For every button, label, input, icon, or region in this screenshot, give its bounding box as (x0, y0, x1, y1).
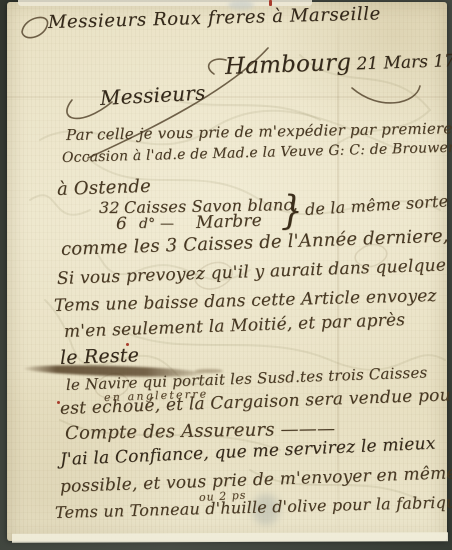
item-2-description: Marbre (196, 211, 263, 233)
dateline-flourish-icon (209, 59, 226, 74)
items-brace: } (281, 188, 303, 234)
item-2-ditto-mark: d° — (139, 216, 174, 232)
item-2-quantity: 6 (116, 214, 127, 234)
date-underloop-flourish-icon (352, 86, 420, 103)
body-line-8: le Reste (60, 344, 140, 369)
letter-photograph: Messieurs Roux freres à Marseille Hambou… (0, 0, 452, 550)
dateline-place: Hambourg (225, 50, 352, 80)
body-line-3: à Ostende (57, 176, 152, 200)
dateline-date: 21 Mars 1782 (356, 50, 452, 74)
address-flourish-icon (22, 17, 48, 37)
